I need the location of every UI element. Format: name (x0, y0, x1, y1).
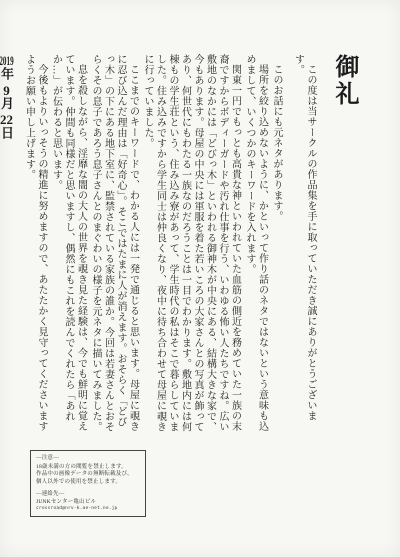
notice-line-reprint: 作品中の画像データの無断転載及び、 (36, 471, 140, 479)
paragraph-closing: 今後もよりいっそうの精進に努めますので、あたたかく見守ってくださいますようお願い… (22, 54, 47, 436)
contact-address: crossroad@nrv-k.ae-net.ne.jp (36, 506, 140, 512)
page-title: 御礼 (330, 54, 358, 436)
date-month-unit: 月 (0, 97, 14, 114)
date-day-unit: 日 (0, 126, 14, 143)
paragraph-keywords: 場所を絞り込めないように、かといって作り話のネタではないという意味も込めまして、… (243, 54, 268, 436)
letter-body: 御礼 この度は当サークルの作品集を手に取っていただき誠にありがとうございます。 … (0, 54, 370, 436)
contact-heading: ―連絡先― (36, 491, 140, 499)
notice-box: ―注意― 18歳未満の方の閲覧を禁止します。 作品中の画像データの無断転載及び、… (30, 450, 146, 517)
paragraph-story-background: 関東一円でもっとも高貴な神といわれていた血筋の側近を務めていた一族の末裔ですから… (141, 54, 241, 436)
notice-line-age: 18歳未満の方の閲覧を禁止します。 (36, 464, 140, 472)
notice-line-personal: 個人以外での使用を禁止します。 (36, 479, 140, 487)
date-year-unit: 年 (0, 67, 14, 84)
paragraph-memory: 息を殺しながら、淫靡な闇の大人の世界を覗き見た経験は、今でも鮮明に覚えています。… (49, 54, 87, 436)
date: 2019年9月22日 (0, 54, 15, 436)
date-month: 9 (0, 84, 14, 97)
date-year: 2019 (0, 54, 14, 67)
paragraph-thanks: この度は当サークルの作品集を手に取っていただき誠にありがとうございます。 (291, 54, 316, 436)
notice-heading: ―注意― (36, 455, 140, 463)
scanned-page: 御礼 この度は当サークルの作品集を手に取っていただき誠にありがとうございます。 … (0, 0, 400, 557)
circle-name: JUNKセンター亀山ビル (36, 499, 140, 507)
paragraph-neta-intro: このお話にも元ネタがあります。 (270, 54, 283, 436)
paragraph-keywords-reveal: ここまでのキーワードで、わかる人には一発で通じると思います。母屋に覗きに忍び込ん… (89, 54, 139, 436)
date-day: 22 (0, 113, 14, 126)
